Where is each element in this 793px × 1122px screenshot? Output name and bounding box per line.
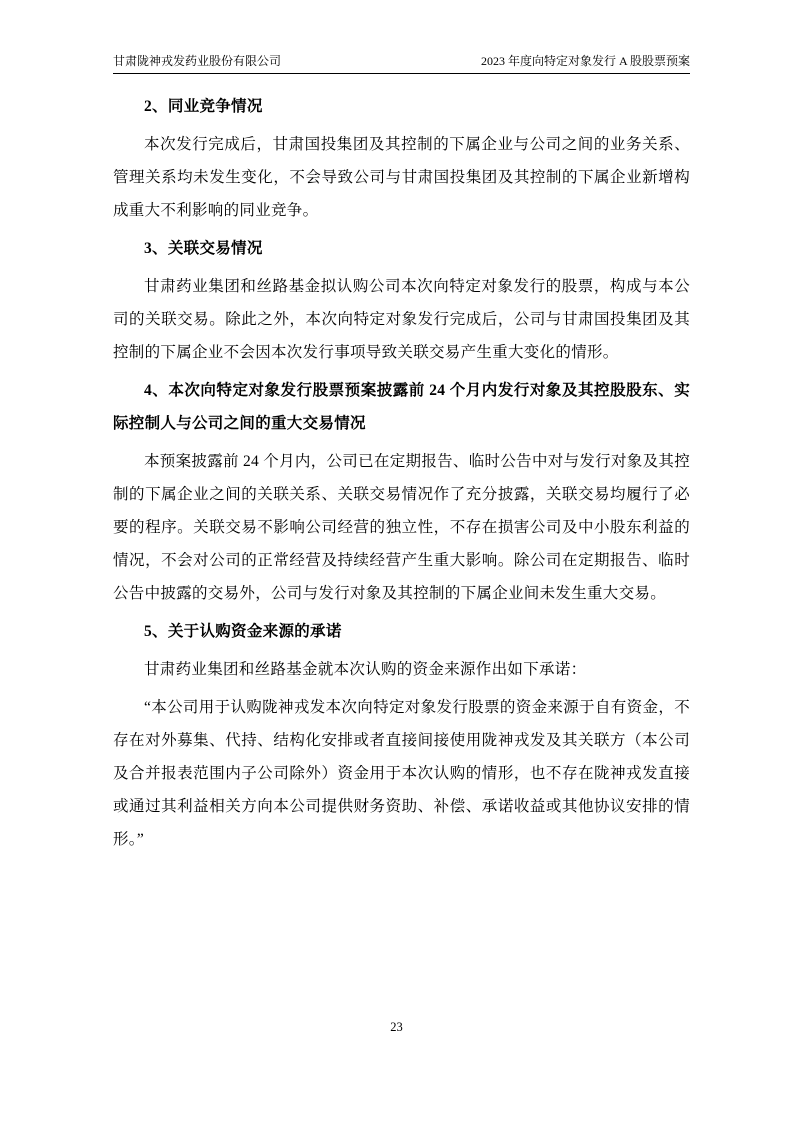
paragraph-commitment-quote: “本公司用于认购陇神戎发本次向特定对象发行股票的资金来源于自有资金，不存在对外募…: [113, 691, 690, 856]
header-document-title: 2023 年度向特定对象发行 A 股股票预案: [481, 54, 690, 68]
section-competition: 2、同业竞争情况 本次发行完成后，甘肃国投集团及其控制的下属企业与公司之间的业务…: [113, 90, 690, 227]
paragraph: 本预案披露前 24 个月内，公司已在定期报告、临时公告中对与发行对象及其控制的下…: [113, 445, 690, 610]
section-heading-3: 3、关联交易情况: [113, 232, 690, 265]
header-company-name: 甘肃陇神戎发药业股份有限公司: [113, 54, 281, 68]
paragraph: 甘肃药业集团和丝路基金就本次认购的资金来源作出如下承诺：: [113, 653, 690, 686]
section-related-transactions: 3、关联交易情况 甘肃药业集团和丝路基金拟认购公司本次向特定对象发行的股票，构成…: [113, 232, 690, 369]
page-content: 甘肃陇神戎发药业股份有限公司 2023 年度向特定对象发行 A 股股票预案 2、…: [0, 54, 793, 856]
page-header: 甘肃陇神戎发药业股份有限公司 2023 年度向特定对象发行 A 股股票预案: [113, 54, 690, 74]
section-heading-2: 2、同业竞争情况: [113, 90, 690, 123]
document-page: 甘肃陇神戎发药业股份有限公司 2023 年度向特定对象发行 A 股股票预案 2、…: [0, 0, 793, 1122]
page-number: 23: [0, 1020, 793, 1035]
section-heading-4: 4、本次向特定对象发行股票预案披露前 24 个月内发行对象及其控股股东、实际控制…: [113, 374, 690, 440]
section-heading-5: 5、关于认购资金来源的承诺: [113, 615, 690, 648]
paragraph: 甘肃药业集团和丝路基金拟认购公司本次向特定对象发行的股票，构成与本公司的关联交易…: [113, 270, 690, 369]
paragraph: 本次发行完成后，甘肃国投集团及其控制的下属企业与公司之间的业务关系、管理关系均未…: [113, 128, 690, 227]
section-major-transactions-24-months: 4、本次向特定对象发行股票预案披露前 24 个月内发行对象及其控股股东、实际控制…: [113, 374, 690, 610]
section-funding-source-commitment: 5、关于认购资金来源的承诺 甘肃药业集团和丝路基金就本次认购的资金来源作出如下承…: [113, 615, 690, 856]
